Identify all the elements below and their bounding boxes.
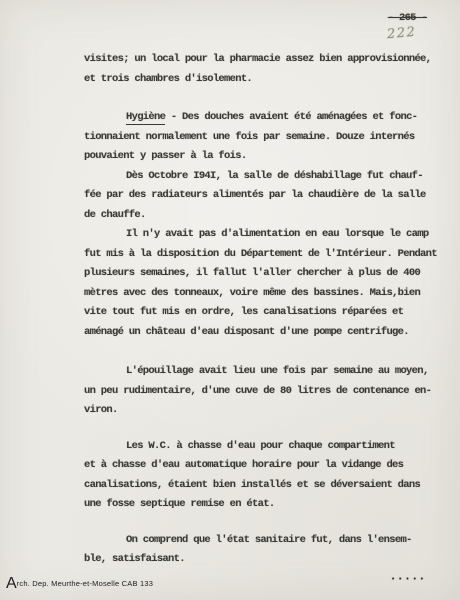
paragraph: On comprend que l'état sanitaire fut, da… — [84, 531, 434, 570]
text-line: visites; un local pour la pharmacie asse… — [84, 50, 434, 70]
text-line: et trois chambres d'isolement. — [84, 70, 434, 90]
paragraph: Les W.C. à chasse d'eau pour chaque comp… — [84, 437, 434, 515]
paragraph-hygiene: Hygiène - Des douches avaient été aménag… — [84, 108, 434, 167]
text-line: Dès Octobre I94I, la salle de déshabilla… — [84, 167, 434, 187]
footer-dots: ••••• — [391, 576, 427, 584]
text-line: aménagé un château d'eau disposant d'une… — [84, 323, 434, 343]
text-line: Les W.C. à chasse d'eau pour chaque comp… — [84, 437, 434, 457]
text-line: canalisations, étaient bien installés et… — [84, 476, 434, 496]
archive-stamp: Arch. Dep. Meurthe-et-Moselle CAB 133 — [6, 575, 153, 593]
text-line: et à chasse d'eau automatique horaire po… — [84, 456, 434, 476]
text-line: ble, satisfaisant. — [84, 550, 434, 570]
document-text: visites; un local pour la pharmacie asse… — [84, 50, 434, 570]
text-line: pouvaient y passer à la fois. — [84, 147, 434, 167]
text-line: un peu rudimentaire, d'une cuve de 80 li… — [84, 382, 434, 402]
paragraph: L'épouillage avait lieu une fois par sem… — [84, 362, 434, 421]
text-line: fut mis à la disposition du Département … — [84, 245, 434, 265]
archive-stamp-initial: A — [6, 575, 17, 592]
text-line: une fosse septique remise en état. — [84, 495, 434, 515]
text-line: Hygiène - Des douches avaient été aménag… — [84, 108, 434, 128]
text-line: de chauffe. — [84, 206, 434, 226]
handwritten-page-number: 222 — [386, 25, 417, 42]
text-line: L'épouillage avait lieu une fois par sem… — [84, 362, 434, 382]
text-line: tionnaient normalement une fois par sema… — [84, 128, 434, 148]
text-line: On comprend que l'état sanitaire fut, da… — [84, 531, 434, 551]
text-line: vite tout fut mis en ordre, les canalisa… — [84, 303, 434, 323]
paragraph: Il n'y avait pas d'alimentation en eau l… — [84, 225, 434, 342]
paragraph: Dès Octobre I94I, la salle de déshabilla… — [84, 167, 434, 226]
archive-stamp-text: rch. Dep. Meurthe-et-Moselle CAB 133 — [17, 579, 153, 588]
paragraph: visites; un local pour la pharmacie asse… — [84, 50, 434, 89]
page-number: - 265 - — [388, 12, 427, 24]
text-line: viron. — [84, 401, 434, 421]
text-line: mètres avec des tonneaux, voire même des… — [84, 284, 434, 304]
text-line: plusieurs semaines, il fallut l'aller ch… — [84, 264, 434, 284]
text-line: Il n'y avait pas d'alimentation en eau l… — [84, 225, 434, 245]
text-line: fée par des radiateurs alimentés par la … — [84, 186, 434, 206]
hygiene-heading: Hygiène — [126, 111, 165, 125]
hygiene-heading-rest: - Des douches avaient été aménagées et f… — [165, 111, 417, 123]
